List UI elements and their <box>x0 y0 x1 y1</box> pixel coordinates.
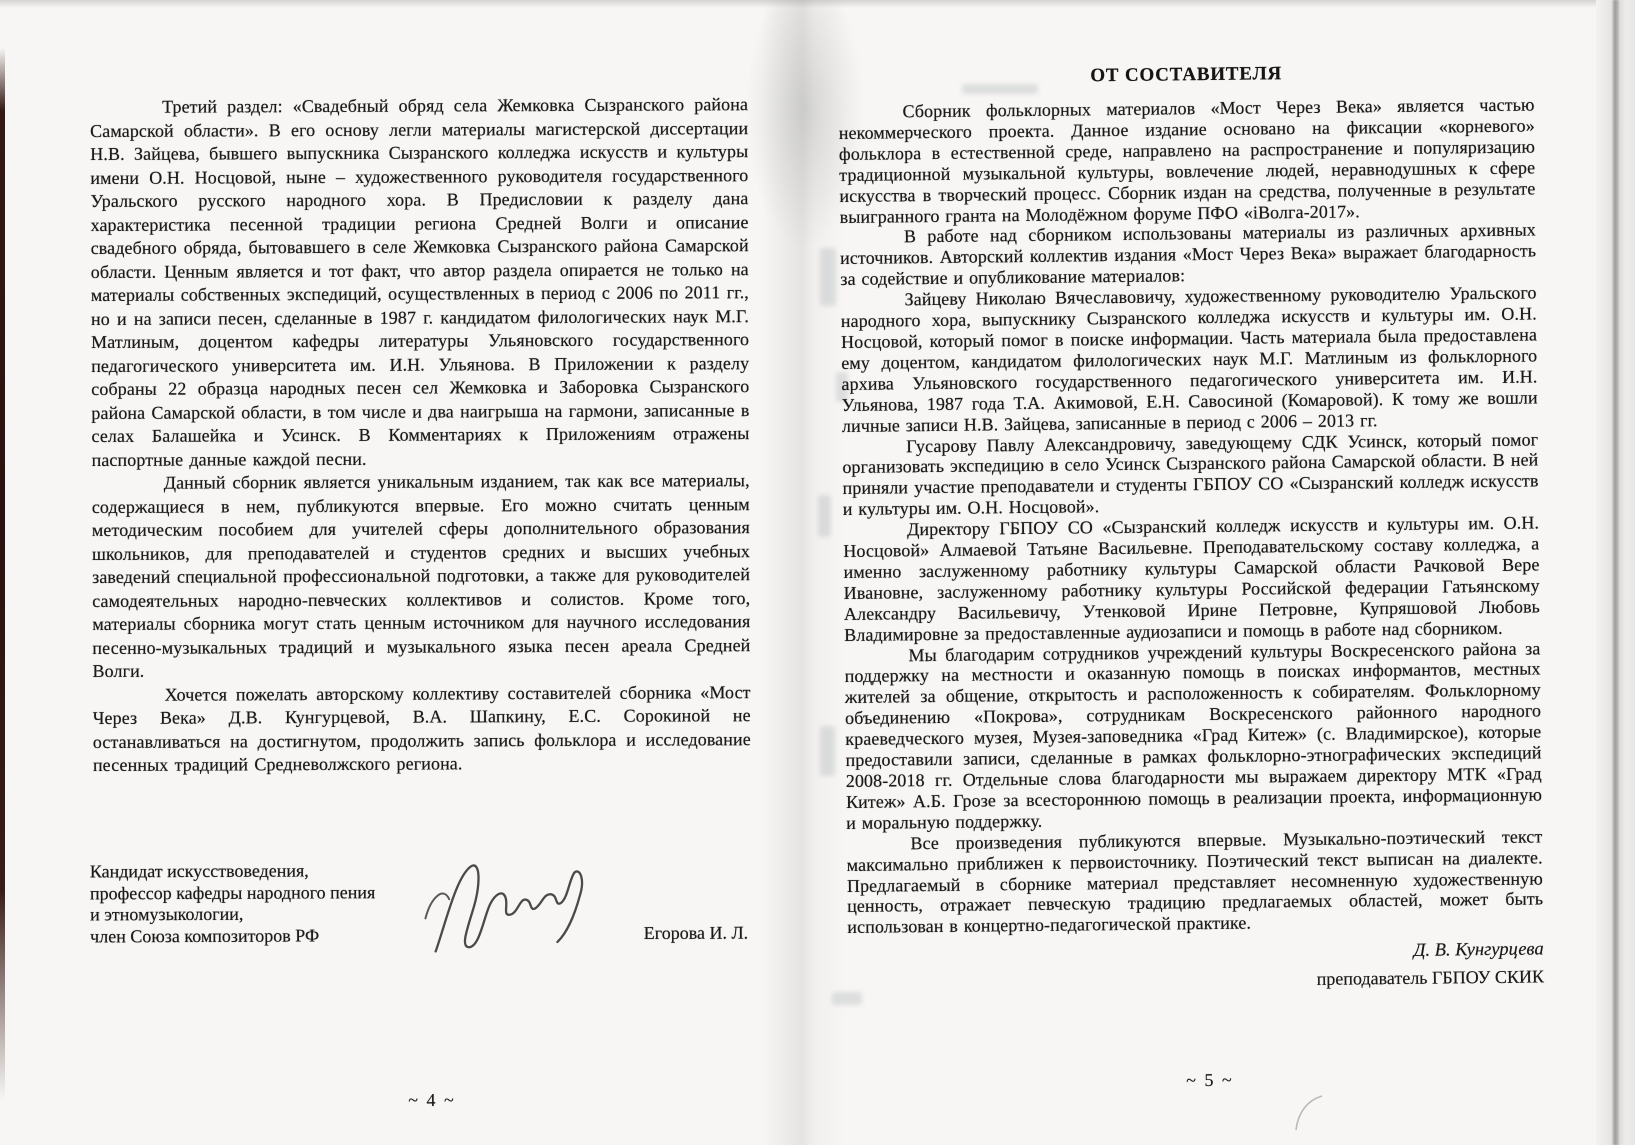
paragraph-thanks-voskresensk: Мы благодарим сотрудников учреждений кул… <box>844 638 1542 834</box>
bleedthrough-mark <box>820 248 836 306</box>
page-number-5: ~ 5 ~ <box>1110 1069 1310 1092</box>
stray-pen-mark <box>1292 1092 1326 1132</box>
bleedthrough-mark <box>818 495 831 537</box>
paragraph-publication-note: Все произведения публикуются впервые. Му… <box>846 826 1543 938</box>
scanned-book-spread: Третий раздел: «Свадебный обряд села Жем… <box>0 0 1635 1145</box>
page-title: ОТ СОСТАВИТЕЛЯ <box>838 60 1534 90</box>
paragraph-thanks-zaytsev: Зайцеву Николаю Вячеславовичу, художеств… <box>840 283 1538 437</box>
page-right-body: ОТ СОСТАВИТЕЛЯ Сборник фольклорных матер… <box>838 54 1544 998</box>
paragraph-wishes: Хочется пожелать авторскому коллективу с… <box>93 681 751 778</box>
paragraph-thanks-gusarov: Гусарову Павлу Александровичу, заведующе… <box>842 429 1539 520</box>
page-left-body: Третий раздел: «Свадебный обряд села Жем… <box>90 93 751 777</box>
page-number-4: ~ 4 ~ <box>332 1090 532 1111</box>
bleedthrough-mark <box>820 726 835 776</box>
paragraph-third-section: Третий раздел: «Свадебный обряд села Жем… <box>90 93 750 472</box>
reviewer-name: Егорова И. Л. <box>644 923 748 944</box>
handwritten-signature <box>413 831 607 973</box>
paragraph-archive-sources: В работе над сборником использованы мате… <box>840 220 1537 290</box>
book-right-edge-line <box>1612 0 1619 1145</box>
compiler-signature-block: Д. В. Кунгурцева преподаватель ГБПОУ СКИ… <box>848 937 1545 999</box>
paragraph-unique-edition: Данный сборник является уникальным издан… <box>92 469 751 683</box>
reviewer-signature-block: Кандидат искусствоведения, профессор каф… <box>90 859 748 948</box>
paragraph-thanks-college: Директору ГБПОУ СО «Сызранский колледж и… <box>843 513 1540 646</box>
scan-left-edge-strip <box>0 48 5 1100</box>
paragraph-project-intro: Сборник фольклорных материалов «Мост Чер… <box>838 94 1535 227</box>
